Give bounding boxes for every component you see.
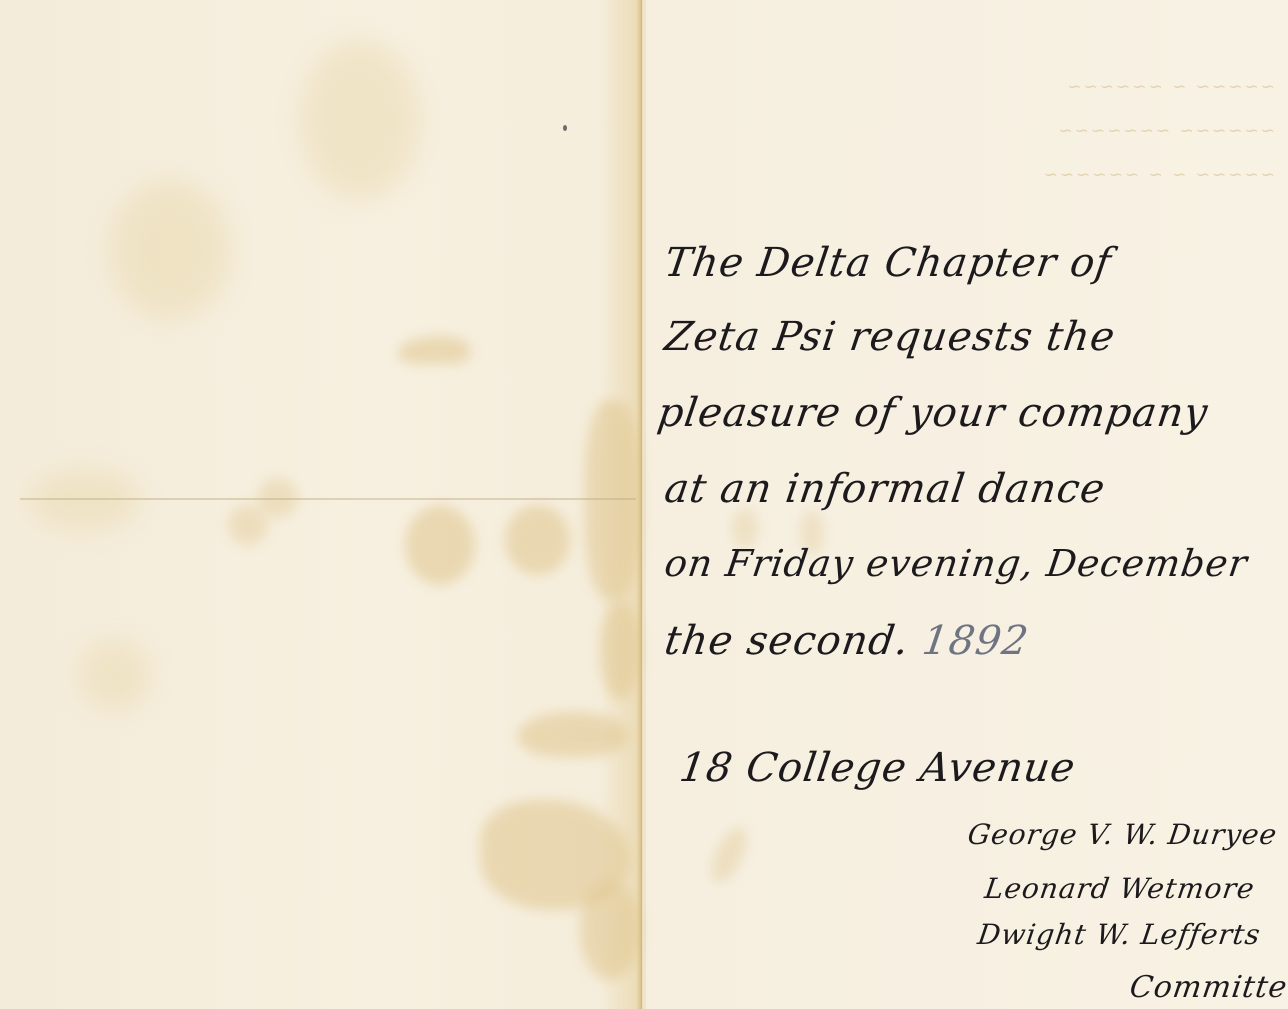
water-stain — [80, 640, 150, 710]
water-stain — [705, 822, 754, 887]
invitation-line: The Delta Chapter of — [662, 240, 1115, 286]
water-stain — [30, 470, 140, 530]
year-text: 1892 — [919, 618, 1031, 664]
water-stain — [398, 336, 470, 364]
water-stain — [228, 505, 268, 545]
signature-name: Dwight W. Lefferts — [976, 918, 1263, 951]
date-text: the second. — [662, 618, 912, 664]
water-stain — [405, 505, 475, 585]
invitation-sheet: ~~~~~ ~ ~~~~~~ ~~~~~~ ~~~~~~~ ~~~~~ ~ ~ … — [0, 0, 1288, 1009]
invitation-line: on Friday evening, December — [662, 542, 1250, 585]
water-stain — [300, 40, 420, 200]
ink-speck — [563, 125, 567, 131]
bleed-through-text: ~~~~~ ~ ~~~~~~ ~~~~~~ ~~~~~~~ ~~~~~ ~ ~ … — [985, 65, 1275, 197]
center-fold — [636, 0, 646, 1009]
fold-shadow — [600, 0, 640, 1009]
address-text: 18 College Avenue — [677, 745, 1079, 791]
invitation-line: Zeta Psi requests the — [662, 314, 1119, 360]
horizontal-fold — [20, 498, 636, 500]
water-stain — [505, 505, 570, 575]
signature-name: Leonard Wetmore — [983, 872, 1257, 905]
water-stain — [110, 180, 230, 320]
committee-label: Committee — [1128, 970, 1288, 1005]
invitation-line: pleasure of your company — [655, 390, 1211, 436]
invitation-line: the second. 1892 — [662, 618, 1032, 664]
invitation-line: at an informal dance — [662, 466, 1109, 512]
signature-name: George V. W. Duryee — [966, 818, 1280, 851]
